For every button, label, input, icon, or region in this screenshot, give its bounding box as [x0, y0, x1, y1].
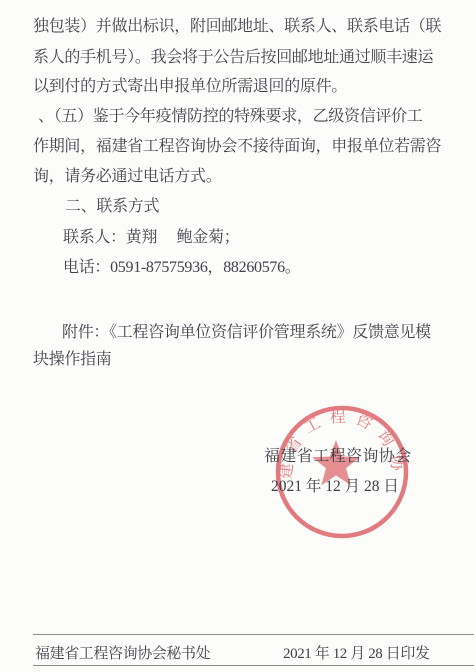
body-line: 询，请务必通过电话方式。 [33, 167, 221, 187]
footer-print-date: 2021 年 12 月 28 日印发 [283, 642, 430, 663]
body-line: 作期间，福建省工程咨询协会不接待面询，申报单位若需咨 [33, 137, 441, 157]
contact-phone-line: 电话：0591-87575936，88260576。 [63, 258, 301, 278]
signature-org: 福建省工程咨询协会 [264, 443, 412, 466]
footer-issuer: 福建省工程咨询协会秘书处 [35, 642, 210, 663]
document-page: 独包装）并做出标识，附回邮地址、联系人、联系电话（联 系人的手机号）。我会将于公… [0, 0, 476, 672]
body-line: 独包装）并做出标识，附回邮地址、联系人、联系电话（联 [33, 17, 441, 37]
footer-rule-bottom [33, 665, 474, 666]
attachment-line-continued: 块操作指南 [33, 350, 112, 370]
section-heading-contact: 二、联系方式 [65, 197, 159, 217]
attachment-line: 附件：《工程咨询单位资信评价管理系统》反馈意见模 [62, 323, 431, 343]
signature-date: 2021 年 12 月 28 日 [271, 474, 399, 496]
official-seal: 福建省工程咨询协会 [272, 402, 414, 544]
body-line: 、（五）鉴于今年疫情防控的特殊要求，乙级资信评价工 [38, 107, 423, 127]
body-line: 系人的手机号）。我会将于公告后按回邮地址通过顺丰速运 [33, 48, 433, 68]
contact-person-line: 联系人：黄翔 鲍金菊； [63, 228, 239, 248]
body-line: 以到付的方式寄出申报单位所需退回的原件。 [33, 77, 347, 97]
footer-rule-top [33, 634, 474, 635]
